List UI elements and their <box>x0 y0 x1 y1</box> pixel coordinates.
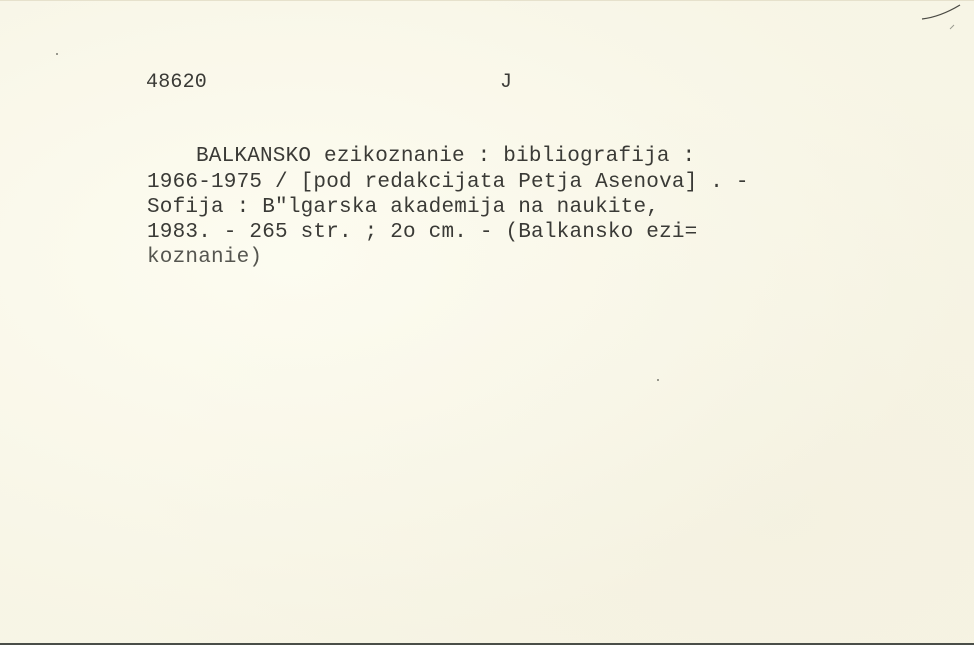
entry-line-title: BALKANSKO ezikoznanie : bibliografija : <box>196 144 695 170</box>
entry-line-publisher: Sofija : B"lgarska akademija na naukite, <box>147 195 659 221</box>
paper-speck <box>657 379 659 381</box>
entry-line-editor: 1966-1975 / [pod redakcijata Petja Aseno… <box>147 170 749 196</box>
catalog-card: 48620 J BALKANSKO ezikoznanie : bibliogr… <box>0 0 974 644</box>
pen-mark-icon <box>918 3 968 33</box>
entry-line-series: koznanie) <box>147 245 262 271</box>
card-number: 48620 <box>146 71 207 94</box>
entry-line-physical: 1983. - 265 str. ; 2o cm. - (Balkansko e… <box>147 220 698 246</box>
paper-speck <box>56 53 58 55</box>
card-letter: J <box>500 71 512 94</box>
